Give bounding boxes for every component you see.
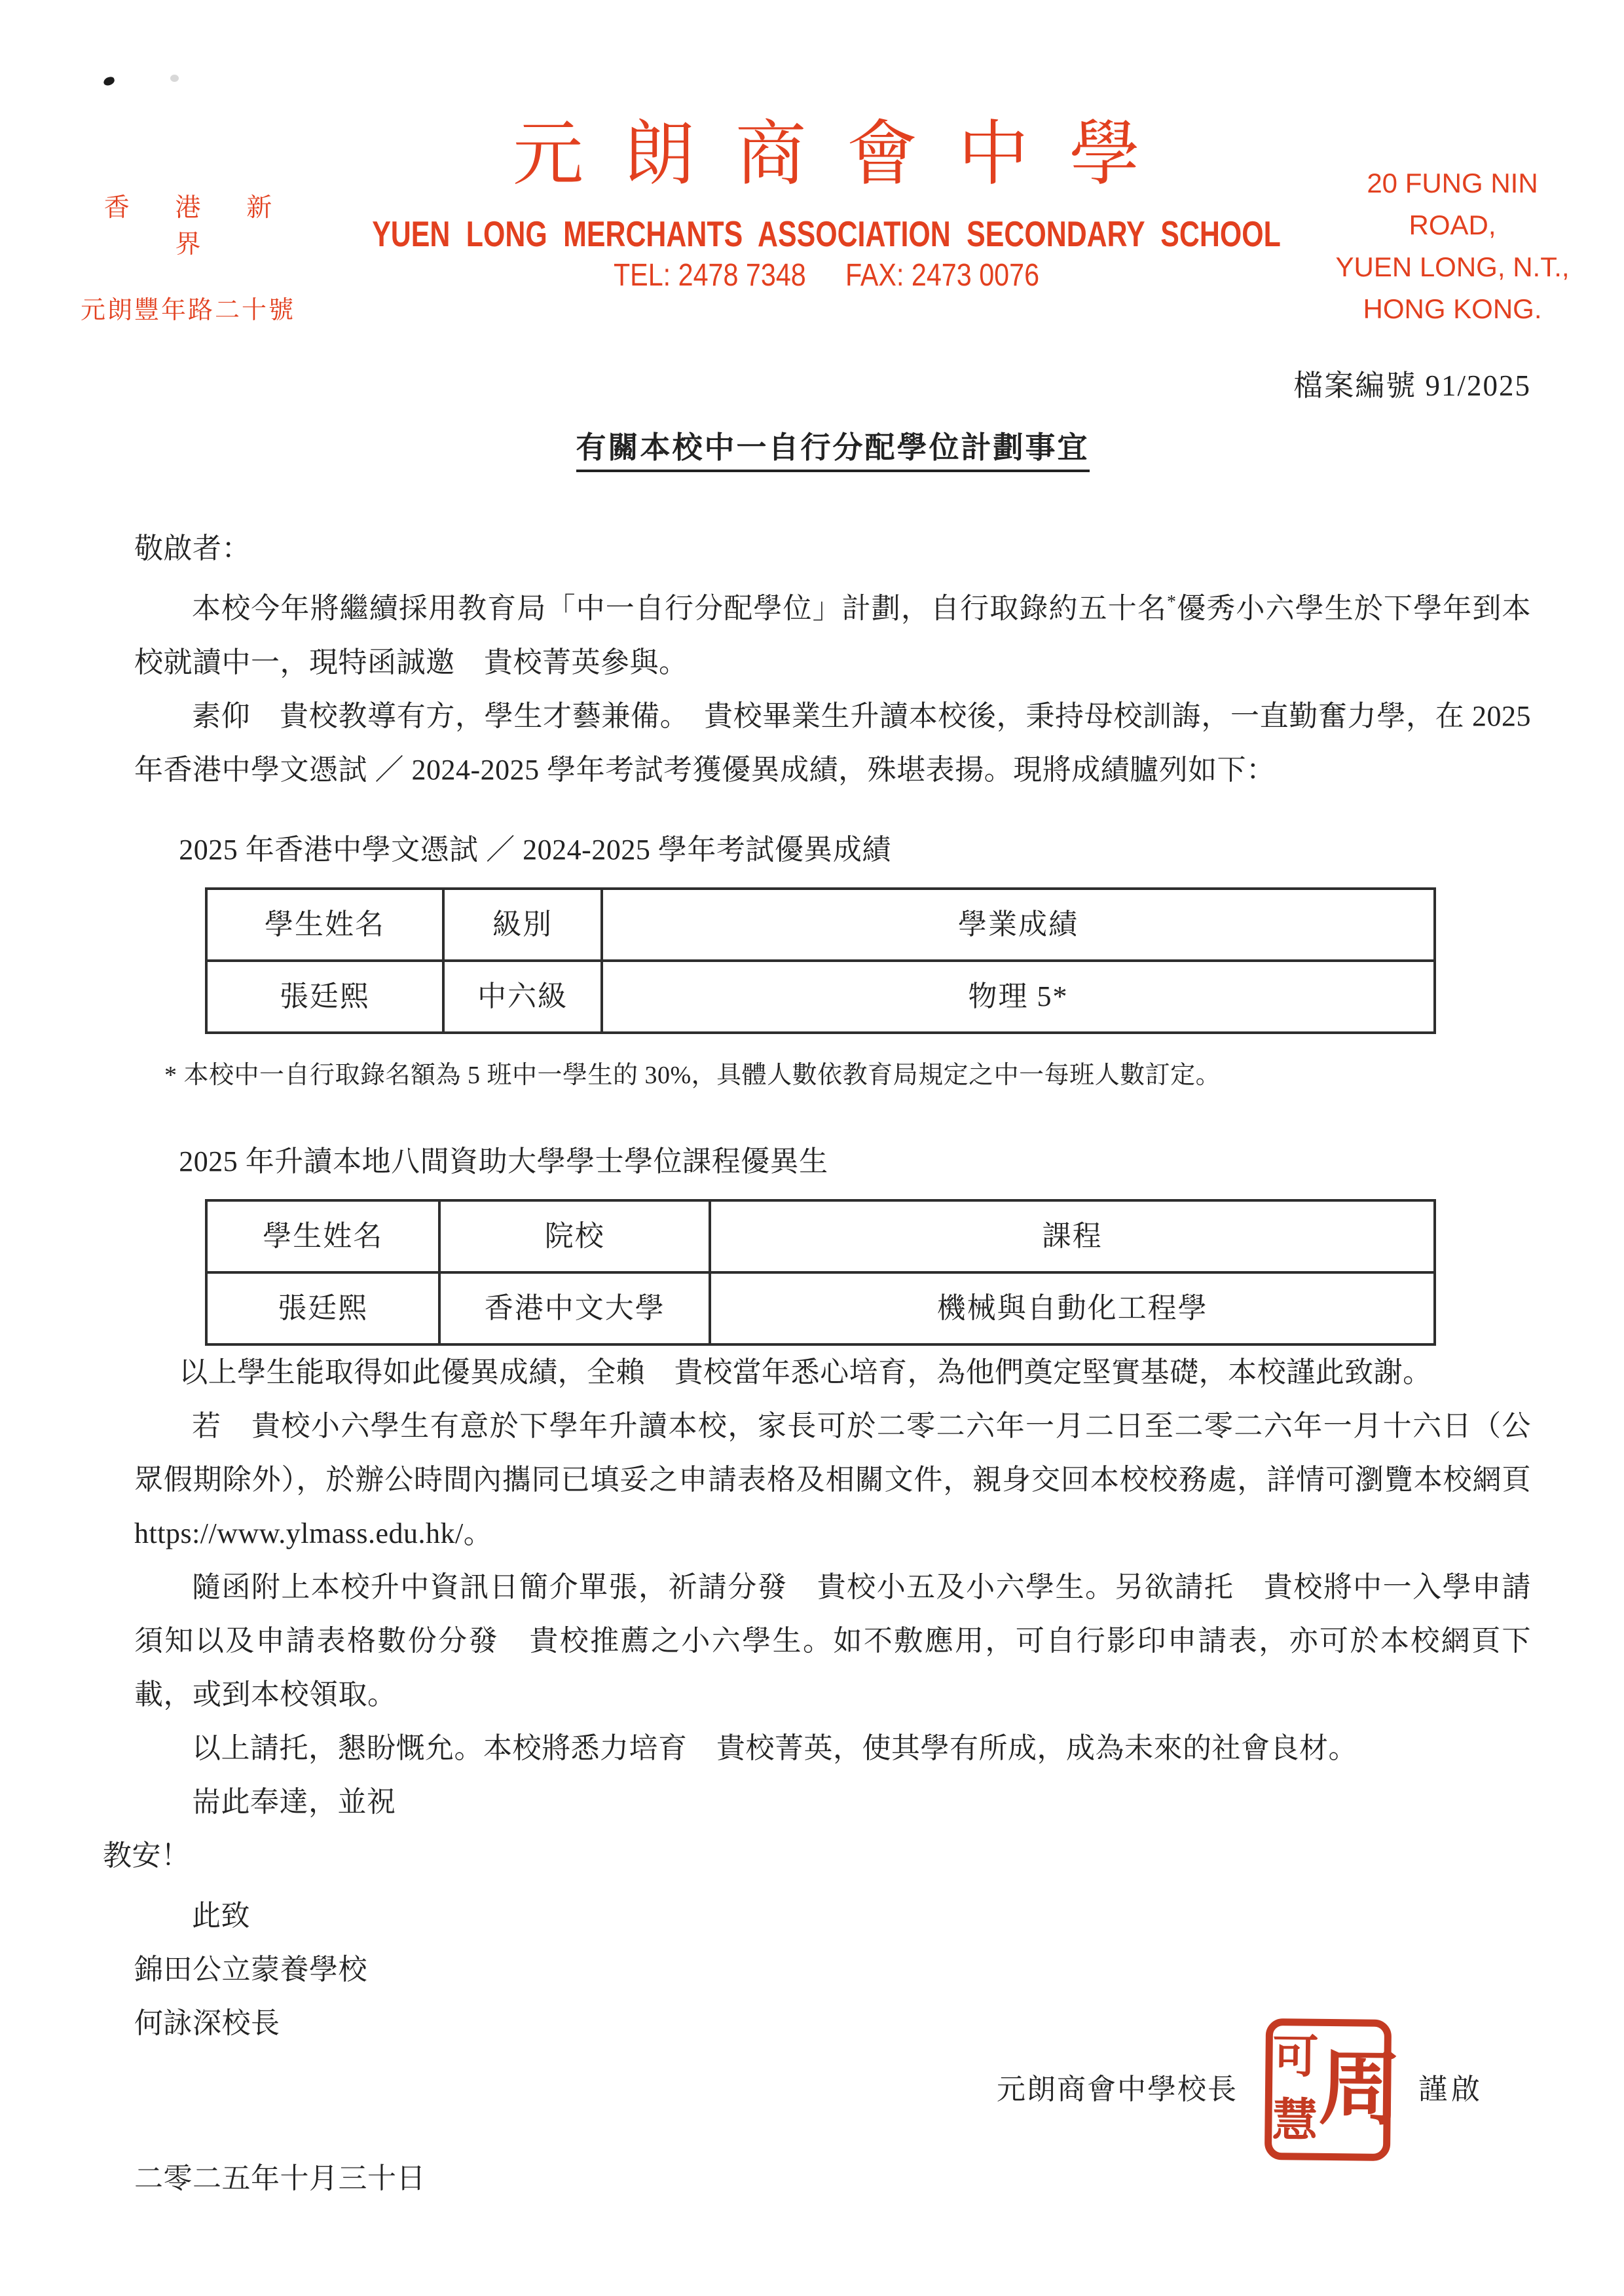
complimentary-close: 謹啟	[1418, 2063, 1484, 2117]
paragraph-2: 素仰 貴校教導有方，學生才藝兼備。 貴校畢業生升讀本校後，秉持母校訓誨，一直勤奮…	[134, 690, 1531, 797]
letter-title: 有關本校中一自行分配學位計劃事宜	[134, 424, 1531, 467]
cell-class-level: 中六級	[443, 961, 602, 1033]
col-header-student-name: 學生姓名	[206, 889, 443, 961]
school-address-zh-street: 元朗豐年路二十號	[60, 289, 316, 325]
cell-student-name: 張廷熙	[206, 961, 443, 1033]
quota-footnote: * 本校中一自行取錄名額為 5 班中一學生的 30%，具體人數依教育局規定之中一…	[164, 1056, 1531, 1094]
paragraph-3: 以上學生能取得如此優異成績，全賴 貴校當年悉心培育，為他們奠定堅實基礎，本校謹此…	[134, 1346, 1531, 1399]
paragraph-8-regards: 教安！	[103, 1829, 1531, 1883]
seal-left-column: 可 慧	[1272, 2026, 1319, 2153]
recipient-school: 錦田公立蒙養學校	[134, 1943, 1531, 1997]
tel-fax-line: TEL: 2478 7348FAX: 2473 0076	[325, 257, 1327, 293]
seal-char-top-left: 可	[1272, 2035, 1319, 2081]
letter-text: 敬啟者： 本校今年將繼續採用教育局「中一自行分配學位」計劃，自行取錄約五十名*優…	[134, 522, 1531, 2206]
table-header-row: 學生姓名 級別 學業成績	[206, 889, 1435, 961]
letter-body: 檔案編號 91/2025 有關本校中一自行分配學位計劃事宜 敬啟者： 本校今年將…	[0, 0, 1624, 2206]
principal-seal-stamp: 可 慧 周	[1264, 2018, 1392, 2161]
col-header-class-level: 級別	[443, 889, 602, 961]
paragraph-4: 若 貴校小六學生有意於下學年升讀本校，家長可於二零二六年一月二日至二零二六年一月…	[134, 1399, 1531, 1561]
col-header-academic-result: 學業成績	[602, 889, 1435, 961]
school-address-en-line1: 20 FUNG NIN ROAD,	[1321, 162, 1583, 246]
seal-char-right: 周	[1318, 2026, 1402, 2154]
cell-academic-result: 物理 5*	[602, 961, 1435, 1033]
paragraph-6: 以上請托，懇盼慨允。本校將悉力培育 貴校菁英，使其學有所成，成為未來的社會良材。	[134, 1722, 1531, 1775]
school-name-english: YUEN LONG MERCHANTS ASSOCIATION SECONDAR…	[372, 213, 1281, 255]
paragraph-5: 隨函附上本校升中資訊日簡介單張，祈請分發 貴校小五及小六學生。另欲請托 貴校將中…	[134, 1561, 1531, 1722]
cell-student-name: 張廷熙	[206, 1272, 439, 1344]
paragraph-7: 耑此奉達，並祝	[134, 1775, 1531, 1829]
table1-caption: 2025 年香港中學文憑試 ／ 2024-2025 學年考試優異成績	[134, 823, 1531, 877]
seal-char-bottom-left: 慧	[1272, 2098, 1318, 2145]
col-header-student-name: 學生姓名	[206, 1200, 439, 1272]
table2-caption: 2025 年升讀本地八間資助大學學士學位課程優異生	[134, 1135, 1531, 1189]
principal-title-line: 元朗商會中學校長	[997, 2063, 1238, 2117]
table-header-row: 學生姓名 院校 課程	[206, 1200, 1435, 1272]
table-row: 張廷熙 中六級 物理 5*	[206, 961, 1435, 1033]
paragraph-1-before: 本校今年將繼續採用教育局「中一自行分配學位」計劃，自行取錄約五十名	[192, 593, 1167, 625]
asterisk-superscript: *	[1167, 592, 1177, 612]
salutation: 敬啟者：	[134, 522, 1531, 576]
letter-page: 香 港 新 界 元朗豐年路二十號 元朗商會中學 YUEN LONG MERCHA…	[0, 0, 1624, 2296]
school-address-en-line3: HONG KONG.	[1321, 288, 1583, 330]
file-number: 檔案編號 91/2025	[134, 361, 1531, 404]
school-name-chinese: 元朗商會中學	[244, 97, 1409, 198]
tel-label: TEL: 2478 7348	[614, 258, 806, 293]
dse-results-table: 學生姓名 級別 學業成績 張廷熙 中六級 物理 5*	[205, 887, 1436, 1034]
col-header-programme: 課程	[710, 1200, 1435, 1272]
letterhead-center: 元朗商會中學 YUEN LONG MERCHANTS ASSOCIATION S…	[244, 97, 1409, 293]
school-address-en-line2: YUEN LONG, N.T.,	[1321, 246, 1583, 288]
university-admission-table: 學生姓名 院校 課程 張廷熙 香港中文大學 機械與自動化工程學	[205, 1199, 1436, 1346]
cell-institution: 香港中文大學	[439, 1272, 710, 1344]
fax-label: FAX: 2473 0076	[845, 258, 1039, 293]
signature-row: 元朗商會中學校長 可 慧 周 謹啟	[134, 2023, 1531, 2157]
table-row: 張廷熙 香港中文大學 機械與自動化工程學	[206, 1272, 1435, 1344]
smudge-mark-icon	[170, 75, 179, 82]
cell-programme: 機械與自動化工程學	[710, 1272, 1435, 1344]
school-address-english: 20 FUNG NIN ROAD, YUEN LONG, N.T., HONG …	[1321, 162, 1583, 330]
col-header-institution: 院校	[439, 1200, 710, 1272]
paragraph-1: 本校今年將繼續採用教育局「中一自行分配學位」計劃，自行取錄約五十名*優秀小六學生…	[134, 576, 1531, 690]
closing-addressee: 此致	[134, 1889, 1531, 1943]
